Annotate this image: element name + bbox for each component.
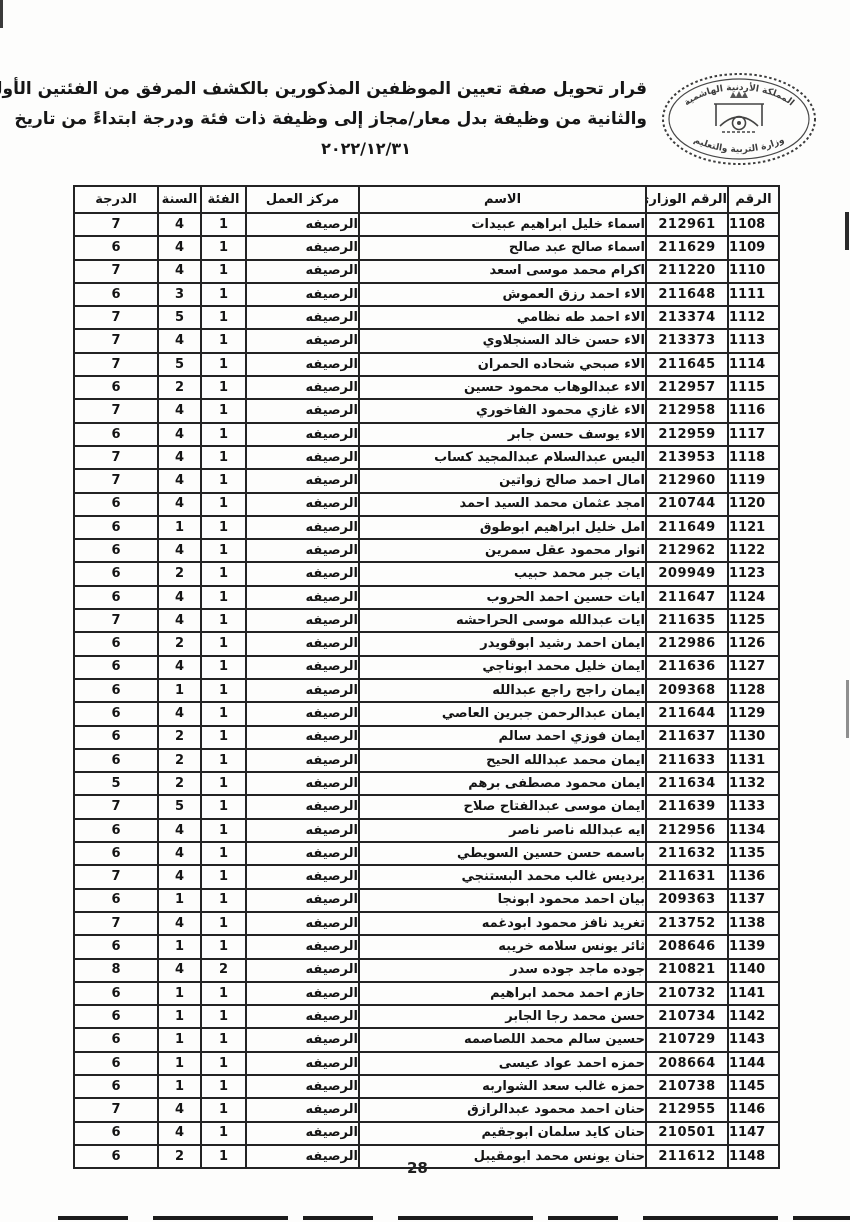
cell-grade: 6 [74, 236, 158, 259]
cell-category: 1 [201, 1028, 246, 1051]
cell-work-center: الرصيفه [246, 423, 359, 446]
cell-year: 1 [158, 1028, 201, 1051]
cell-ministerial-number: 210738 [646, 1075, 728, 1098]
cell-ministerial-number: 211645 [646, 353, 728, 376]
header-seq: الرقم [728, 186, 779, 213]
cell-ministerial-number: 212958 [646, 399, 728, 422]
cell-year: 4 [158, 1122, 201, 1145]
cell-name: اليس عبدالسلام عبدالمجيد كساب [359, 446, 646, 469]
cell-work-center: الرصيفه [246, 632, 359, 655]
table-row: 1147210501حنان كايد سلمان ابوجقيمالرصيفه… [74, 1122, 779, 1145]
cell-name: برديس غالب محمد البستنجي [359, 865, 646, 888]
cell-year: 4 [158, 702, 201, 725]
cell-work-center: الرصيفه [246, 562, 359, 585]
cell-ministerial-number: 213752 [646, 912, 728, 935]
table-row: 1135211632باسمه حسن حسين السويطيالرصيفه1… [74, 842, 779, 865]
table-row: 1134212956ايه عبدالله ناصر ناصرالرصيفه14… [74, 819, 779, 842]
cell-seq: 1146 [728, 1098, 779, 1121]
table-row: 1138213752تغريد نافز محمود ابودغمهالرصيف… [74, 912, 779, 935]
cell-seq: 1126 [728, 632, 779, 655]
title-line-1: قرار تحويل صفة تعيين الموظفين المذكورين … [85, 74, 647, 104]
cell-category: 1 [201, 353, 246, 376]
cell-year: 2 [158, 1145, 201, 1168]
cell-seq: 1130 [728, 726, 779, 749]
cell-grade: 7 [74, 865, 158, 888]
table-row: 1136211631برديس غالب محمد البستنجيالرصيف… [74, 865, 779, 888]
table-row: 1126212986ايمان احمد رشيد ابوقويدرالرصيف… [74, 632, 779, 655]
cell-category: 1 [201, 842, 246, 865]
table-row: 1108212961اسماء خليل ابراهيم عبيداتالرصي… [74, 213, 779, 236]
title-line-2: والثانية من وظيفة بدل معار/مجاز إلى وظيف… [85, 104, 647, 134]
cell-category: 1 [201, 283, 246, 306]
cell-grade: 7 [74, 399, 158, 422]
cell-grade: 7 [74, 469, 158, 492]
cell-name: ثائر يونس سلامه خريبه [359, 935, 646, 958]
cell-grade: 6 [74, 1075, 158, 1098]
cell-seq: 1109 [728, 236, 779, 259]
table-row: 1133211639ايمان موسى عبدالفتاح صلاحالرصي… [74, 795, 779, 818]
cell-seq: 1138 [728, 912, 779, 935]
table-row: 1127211636ايمان خليل محمد ابوناجيالرصيفه… [74, 656, 779, 679]
cell-work-center: الرصيفه [246, 1028, 359, 1051]
cell-ministerial-number: 210821 [646, 959, 728, 982]
cell-grade: 6 [74, 982, 158, 1005]
cell-year: 1 [158, 982, 201, 1005]
cell-ministerial-number: 211632 [646, 842, 728, 865]
cell-work-center: الرصيفه [246, 306, 359, 329]
cell-work-center: الرصيفه [246, 935, 359, 958]
cell-category: 1 [201, 1145, 246, 1168]
table-row: 1141210732حازم احمد محمد ابراهيمالرصيفه1… [74, 982, 779, 1005]
cell-work-center: الرصيفه [246, 213, 359, 236]
table-row: 1120210744امجد عثمان محمد السيد احمدالرص… [74, 493, 779, 516]
cell-grade: 7 [74, 260, 158, 283]
cell-grade: 6 [74, 726, 158, 749]
cell-name: امل خليل ابراهيم ابوطوق [359, 516, 646, 539]
cell-category: 1 [201, 260, 246, 283]
cell-seq: 1139 [728, 935, 779, 958]
cell-ministerial-number: 212962 [646, 539, 728, 562]
employees-roster-table: الرقم الرقم الوزاري الاسم مركز العمل الف… [73, 185, 780, 1169]
table-row: 1146212955حنان احمد محمود عبدالرازقالرصي… [74, 1098, 779, 1121]
cell-year: 4 [158, 423, 201, 446]
table-row: 1144208664حمزه احمد عواد عيسىالرصيفه116 [74, 1052, 779, 1075]
cell-category: 1 [201, 726, 246, 749]
scan-artifact-left-edge [0, 0, 3, 28]
cell-year: 4 [158, 236, 201, 259]
cell-name: ايات حسين احمد الحروب [359, 586, 646, 609]
cell-ministerial-number: 212956 [646, 819, 728, 842]
cell-category: 1 [201, 865, 246, 888]
cell-seq: 1144 [728, 1052, 779, 1075]
cell-work-center: الرصيفه [246, 749, 359, 772]
page-number: 28 [407, 1159, 428, 1177]
cell-grade: 5 [74, 772, 158, 795]
cell-name: ايات عبدالله موسى الحراحشه [359, 609, 646, 632]
cell-grade: 6 [74, 516, 158, 539]
cell-ministerial-number: 211637 [646, 726, 728, 749]
header-category: الفئة [201, 186, 246, 213]
cell-seq: 1123 [728, 562, 779, 585]
cell-year: 4 [158, 493, 201, 516]
cell-name: ايمان موسى عبدالفتاح صلاح [359, 795, 646, 818]
cell-name: الاء حسن خالد السنجلاوي [359, 329, 646, 352]
cell-name: الاء صبحي شحاده الحمران [359, 353, 646, 376]
cell-year: 2 [158, 562, 201, 585]
cell-seq: 1115 [728, 376, 779, 399]
cell-year: 1 [158, 1052, 201, 1075]
cell-ministerial-number: 210732 [646, 982, 728, 1005]
cell-ministerial-number: 210501 [646, 1122, 728, 1145]
cell-ministerial-number: 211220 [646, 260, 728, 283]
cell-seq: 1113 [728, 329, 779, 352]
cell-year: 4 [158, 912, 201, 935]
cell-seq: 1140 [728, 959, 779, 982]
ministry-seal-stamp: المملكة الأردنية الهاشمية وزارة التربية … [656, 68, 822, 170]
cell-ministerial-number: 212986 [646, 632, 728, 655]
cell-grade: 6 [74, 586, 158, 609]
cell-grade: 7 [74, 1098, 158, 1121]
cell-seq: 1129 [728, 702, 779, 725]
cell-year: 3 [158, 283, 201, 306]
cell-category: 1 [201, 539, 246, 562]
cell-name: الاء غازي محمود الفاخوري [359, 399, 646, 422]
cell-work-center: الرصيفه [246, 1145, 359, 1168]
table-row: 1131211633ايمان محمد عبدالله الحيحالرصيف… [74, 749, 779, 772]
table-row: 1109211629اسماء صالح عبد صالحالرصيفه146 [74, 236, 779, 259]
cell-name: حازم احمد محمد ابراهيم [359, 982, 646, 1005]
cell-seq: 1134 [728, 819, 779, 842]
seal-icon: المملكة الأردنية الهاشمية وزارة التربية … [656, 68, 822, 170]
cell-seq: 1124 [728, 586, 779, 609]
cell-seq: 1141 [728, 982, 779, 1005]
cell-category: 1 [201, 493, 246, 516]
cell-grade: 6 [74, 493, 158, 516]
cell-year: 4 [158, 399, 201, 422]
cell-seq: 1132 [728, 772, 779, 795]
cell-grade: 6 [74, 562, 158, 585]
cell-name: ايمان خليل محمد ابوناجي [359, 656, 646, 679]
table-row: 1145210738حمزه غالب سعد الشواربهالرصيفه1… [74, 1075, 779, 1098]
cell-year: 2 [158, 632, 201, 655]
cell-category: 1 [201, 632, 246, 655]
cell-ministerial-number: 211634 [646, 772, 728, 795]
table-row: 1119212960امال احمد صالح زواتينالرصيفه14… [74, 469, 779, 492]
table-row: 1117212959الاء يوسف حسن جابرالرصيفه146 [74, 423, 779, 446]
cell-category: 1 [201, 306, 246, 329]
cell-ministerial-number: 210729 [646, 1028, 728, 1051]
cell-grade: 6 [74, 679, 158, 702]
cell-year: 5 [158, 353, 201, 376]
cell-grade: 6 [74, 376, 158, 399]
cell-category: 1 [201, 982, 246, 1005]
cell-work-center: الرصيفه [246, 469, 359, 492]
cell-work-center: الرصيفه [246, 1075, 359, 1098]
cell-work-center: الرصيفه [246, 772, 359, 795]
table-row: 1125211635ايات عبدالله موسى الحراحشهالرص… [74, 609, 779, 632]
cell-work-center: الرصيفه [246, 842, 359, 865]
cell-grade: 6 [74, 889, 158, 912]
cell-seq: 1114 [728, 353, 779, 376]
cell-year: 5 [158, 795, 201, 818]
cell-work-center: الرصيفه [246, 1005, 359, 1028]
cell-ministerial-number: 211639 [646, 795, 728, 818]
cell-work-center: الرصيفه [246, 283, 359, 306]
table-row: 1112213374الاء احمد طه نظاميالرصيفه157 [74, 306, 779, 329]
cell-name: ايمان احمد رشيد ابوقويدر [359, 632, 646, 655]
cell-work-center: الرصيفه [246, 1098, 359, 1121]
cell-grade: 6 [74, 283, 158, 306]
table-row: 1111211648الاء احمد رزق العموشالرصيفه136 [74, 283, 779, 306]
cell-category: 1 [201, 609, 246, 632]
cell-category: 1 [201, 586, 246, 609]
table-row: 1115212957الاء عبدالوهاب محمود حسينالرصي… [74, 376, 779, 399]
cell-category: 1 [201, 1005, 246, 1028]
cell-category: 1 [201, 1122, 246, 1145]
cell-year: 4 [158, 586, 201, 609]
cell-name: حسن محمد رجا الجابر [359, 1005, 646, 1028]
cell-seq: 1118 [728, 446, 779, 469]
cell-category: 1 [201, 469, 246, 492]
cell-work-center: الرصيفه [246, 236, 359, 259]
cell-work-center: الرصيفه [246, 329, 359, 352]
cell-seq: 1122 [728, 539, 779, 562]
cell-ministerial-number: 211647 [646, 586, 728, 609]
cell-seq: 1147 [728, 1122, 779, 1145]
table-row: 1124211647ايات حسين احمد الحروبالرصيفه14… [74, 586, 779, 609]
table-body: 1108212961اسماء خليل ابراهيم عبيداتالرصي… [74, 213, 779, 1168]
cell-ministerial-number: 213953 [646, 446, 728, 469]
scan-artifact-right-edge-1 [845, 212, 849, 250]
scan-artifact-bottom-edge [58, 1216, 850, 1220]
cell-work-center: الرصيفه [246, 353, 359, 376]
cell-name: حنان يونس محمد ابومقيبل [359, 1145, 646, 1168]
cell-work-center: الرصيفه [246, 586, 359, 609]
cell-ministerial-number: 212959 [646, 423, 728, 446]
cell-category: 1 [201, 702, 246, 725]
cell-year: 1 [158, 1005, 201, 1028]
cell-year: 4 [158, 469, 201, 492]
cell-ministerial-number: 211636 [646, 656, 728, 679]
cell-grade: 7 [74, 329, 158, 352]
cell-work-center: الرصيفه [246, 1052, 359, 1075]
cell-ministerial-number: 212955 [646, 1098, 728, 1121]
cell-ministerial-number: 211635 [646, 609, 728, 632]
cell-category: 1 [201, 376, 246, 399]
cell-category: 1 [201, 213, 246, 236]
header-year: السنة [158, 186, 201, 213]
cell-work-center: الرصيفه [246, 726, 359, 749]
cell-name: ايمان عبدالرحمن جبرين العاصي [359, 702, 646, 725]
cell-year: 4 [158, 539, 201, 562]
cell-work-center: الرصيفه [246, 376, 359, 399]
table-row: 1110211220اكرام محمد موسى اسعدالرصيفه147 [74, 260, 779, 283]
cell-grade: 6 [74, 935, 158, 958]
cell-work-center: الرصيفه [246, 446, 359, 469]
cell-work-center: الرصيفه [246, 609, 359, 632]
cell-name: حسين سالم محمد اللصاصمه [359, 1028, 646, 1051]
cell-year: 4 [158, 1098, 201, 1121]
cell-category: 1 [201, 423, 246, 446]
table-row: 1114211645الاء صبحي شحاده الحمرانالرصيفه… [74, 353, 779, 376]
cell-grade: 6 [74, 1122, 158, 1145]
cell-name: امال احمد صالح زواتين [359, 469, 646, 492]
cell-year: 2 [158, 376, 201, 399]
table-row: 1116212958الاء غازي محمود الفاخوريالرصيف… [74, 399, 779, 422]
title-date: ٢٠٢٢/١٢/٣١ [85, 134, 647, 164]
cell-ministerial-number: 213374 [646, 306, 728, 329]
cell-ministerial-number: 211644 [646, 702, 728, 725]
cell-grade: 6 [74, 1052, 158, 1075]
cell-year: 4 [158, 260, 201, 283]
table-row: 1113213373الاء حسن خالد السنجلاويالرصيفه… [74, 329, 779, 352]
cell-name: الاء احمد طه نظامي [359, 306, 646, 329]
cell-category: 1 [201, 399, 246, 422]
cell-year: 2 [158, 772, 201, 795]
cell-seq: 1116 [728, 399, 779, 422]
cell-name: بيان احمد محمود ابونجا [359, 889, 646, 912]
cell-seq: 1142 [728, 1005, 779, 1028]
cell-work-center: الرصيفه [246, 865, 359, 888]
cell-work-center: الرصيفه [246, 399, 359, 422]
cell-year: 4 [158, 213, 201, 236]
cell-year: 4 [158, 842, 201, 865]
cell-grade: 6 [74, 656, 158, 679]
cell-seq: 1120 [728, 493, 779, 516]
cell-ministerial-number: 213373 [646, 329, 728, 352]
cell-ministerial-number: 211633 [646, 749, 728, 772]
cell-grade: 8 [74, 959, 158, 982]
cell-name: الاء احمد رزق العموش [359, 283, 646, 306]
cell-year: 5 [158, 306, 201, 329]
cell-seq: 1127 [728, 656, 779, 679]
cell-grade: 6 [74, 749, 158, 772]
cell-work-center: الرصيفه [246, 819, 359, 842]
cell-category: 1 [201, 889, 246, 912]
cell-name: ايمان راجح راجع عبدالله [359, 679, 646, 702]
cell-work-center: الرصيفه [246, 516, 359, 539]
cell-grade: 6 [74, 1005, 158, 1028]
cell-category: 1 [201, 656, 246, 679]
table-row: 1128209368ايمان راجح راجع عبداللهالرصيفه… [74, 679, 779, 702]
cell-grade: 7 [74, 353, 158, 376]
cell-work-center: الرصيفه [246, 679, 359, 702]
cell-grade: 7 [74, 795, 158, 818]
cell-seq: 1110 [728, 260, 779, 283]
cell-category: 1 [201, 935, 246, 958]
cell-category: 1 [201, 1098, 246, 1121]
cell-grade: 7 [74, 306, 158, 329]
cell-grade: 6 [74, 819, 158, 842]
cell-name: ايه عبدالله ناصر ناصر [359, 819, 646, 842]
cell-work-center: الرصيفه [246, 539, 359, 562]
cell-ministerial-number: 208664 [646, 1052, 728, 1075]
cell-ministerial-number: 212957 [646, 376, 728, 399]
cell-name: تغريد نافز محمود ابودغمه [359, 912, 646, 935]
cell-seq: 1131 [728, 749, 779, 772]
cell-category: 1 [201, 795, 246, 818]
cell-year: 2 [158, 749, 201, 772]
cell-year: 1 [158, 889, 201, 912]
cell-ministerial-number: 211629 [646, 236, 728, 259]
cell-year: 1 [158, 679, 201, 702]
cell-ministerial-number: 209363 [646, 889, 728, 912]
cell-year: 4 [158, 446, 201, 469]
cell-name: الاء عبدالوهاب محمود حسين [359, 376, 646, 399]
cell-seq: 1136 [728, 865, 779, 888]
cell-seq: 1143 [728, 1028, 779, 1051]
table-row: 1137209363بيان احمد محمود ابونجاالرصيفه1… [74, 889, 779, 912]
cell-year: 4 [158, 656, 201, 679]
cell-year: 1 [158, 516, 201, 539]
cell-grade: 7 [74, 213, 158, 236]
cell-year: 4 [158, 819, 201, 842]
svg-text:وزارة التربية والتعليم: وزارة التربية والتعليم [692, 135, 786, 155]
cell-category: 1 [201, 912, 246, 935]
scan-artifact-right-edge-2 [846, 680, 849, 738]
cell-work-center: الرصيفه [246, 493, 359, 516]
cell-grade: 7 [74, 446, 158, 469]
cell-category: 1 [201, 1052, 246, 1075]
cell-grade: 7 [74, 609, 158, 632]
header-work-center: مركز العمل [246, 186, 359, 213]
cell-category: 1 [201, 236, 246, 259]
cell-work-center: الرصيفه [246, 702, 359, 725]
cell-seq: 1137 [728, 889, 779, 912]
cell-ministerial-number: 211631 [646, 865, 728, 888]
cell-name: جوده ماجد جوده سدر [359, 959, 646, 982]
cell-seq: 1125 [728, 609, 779, 632]
cell-work-center: الرصيفه [246, 795, 359, 818]
document-title: قرار تحويل صفة تعيين الموظفين المذكورين … [85, 74, 647, 164]
seal-crown-emblem [714, 91, 764, 132]
header-grade: الدرجة [74, 186, 158, 213]
cell-seq: 1133 [728, 795, 779, 818]
cell-work-center: الرصيفه [246, 982, 359, 1005]
cell-category: 1 [201, 772, 246, 795]
cell-work-center: الرصيفه [246, 889, 359, 912]
cell-seq: 1108 [728, 213, 779, 236]
table-row: 1139208646ثائر يونس سلامه خريبهالرصيفه11… [74, 935, 779, 958]
cell-name: اسماء خليل ابراهيم عبيدات [359, 213, 646, 236]
cell-ministerial-number: 208646 [646, 935, 728, 958]
cell-seq: 1111 [728, 283, 779, 306]
cell-category: 2 [201, 959, 246, 982]
cell-category: 1 [201, 1075, 246, 1098]
cell-grade: 6 [74, 842, 158, 865]
table-row: 1123209949ايات جبر محمد حبيبالرصيفه126 [74, 562, 779, 585]
cell-grade: 6 [74, 1028, 158, 1051]
cell-category: 1 [201, 562, 246, 585]
cell-name: ايات جبر محمد حبيب [359, 562, 646, 585]
cell-name: امجد عثمان محمد السيد احمد [359, 493, 646, 516]
cell-name: انوار محمود عقل سمرين [359, 539, 646, 562]
cell-category: 1 [201, 446, 246, 469]
table-row: 1143210729حسين سالم محمد اللصاصمهالرصيفه… [74, 1028, 779, 1051]
cell-name: حمزه احمد عواد عيسى [359, 1052, 646, 1075]
cell-ministerial-number: 212960 [646, 469, 728, 492]
cell-name: حنان احمد محمود عبدالرازق [359, 1098, 646, 1121]
cell-grade: 6 [74, 702, 158, 725]
cell-year: 4 [158, 329, 201, 352]
cell-name: اكرام محمد موسى اسعد [359, 260, 646, 283]
cell-ministerial-number: 210734 [646, 1005, 728, 1028]
cell-seq: 1117 [728, 423, 779, 446]
cell-year: 1 [158, 935, 201, 958]
cell-name: باسمه حسن حسين السويطي [359, 842, 646, 865]
cell-seq: 1135 [728, 842, 779, 865]
cell-name: الاء يوسف حسن جابر [359, 423, 646, 446]
